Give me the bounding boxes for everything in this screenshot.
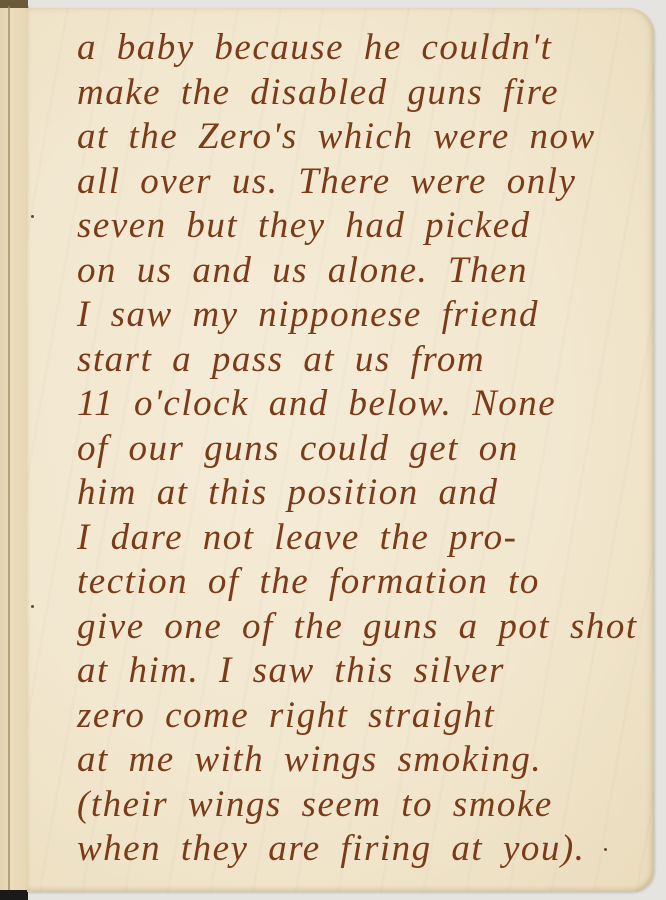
text-line: at him. I saw this silver bbox=[77, 649, 647, 694]
text-line: tection of the formation to bbox=[77, 560, 647, 605]
text-line: give one of the guns a pot shot bbox=[77, 605, 647, 650]
text-line: on us and us alone. Then bbox=[77, 249, 647, 294]
text-line: (their wings seem to smoke bbox=[77, 783, 647, 828]
text-line: 11 o'clock and below. None bbox=[77, 382, 647, 427]
scanned-notebook-page: a baby because he couldn't make the disa… bbox=[0, 0, 666, 900]
text-line: of our guns could get on bbox=[77, 427, 647, 472]
text-line: a baby because he couldn't bbox=[77, 26, 647, 71]
journal-page: a baby because he couldn't make the disa… bbox=[27, 8, 654, 892]
text-line: when they are firing at you). bbox=[77, 827, 647, 872]
text-line: at me with wings smoking. bbox=[77, 738, 647, 783]
text-line: make the disabled guns fire bbox=[77, 71, 647, 116]
handwritten-text: a baby because he couldn't make the disa… bbox=[77, 26, 647, 872]
binding-bottom-shadow bbox=[0, 890, 28, 900]
binding-top-edge bbox=[0, 0, 28, 8]
text-line: seven but they had picked bbox=[77, 204, 647, 249]
text-line: at the Zero's which were now bbox=[77, 115, 647, 160]
ink-speck bbox=[31, 605, 34, 608]
ink-speck bbox=[31, 215, 34, 218]
text-line: I dare not leave the pro- bbox=[77, 516, 647, 561]
text-line: him at this position and bbox=[77, 471, 647, 516]
notebook-binding bbox=[0, 6, 29, 892]
text-line: all over us. There were only bbox=[77, 160, 647, 205]
spine-line bbox=[8, 6, 10, 892]
ink-speck bbox=[604, 848, 607, 851]
text-line: start a pass at us from bbox=[77, 338, 647, 383]
text-line: zero come right straight bbox=[77, 694, 647, 739]
text-line: I saw my nipponese friend bbox=[77, 293, 647, 338]
